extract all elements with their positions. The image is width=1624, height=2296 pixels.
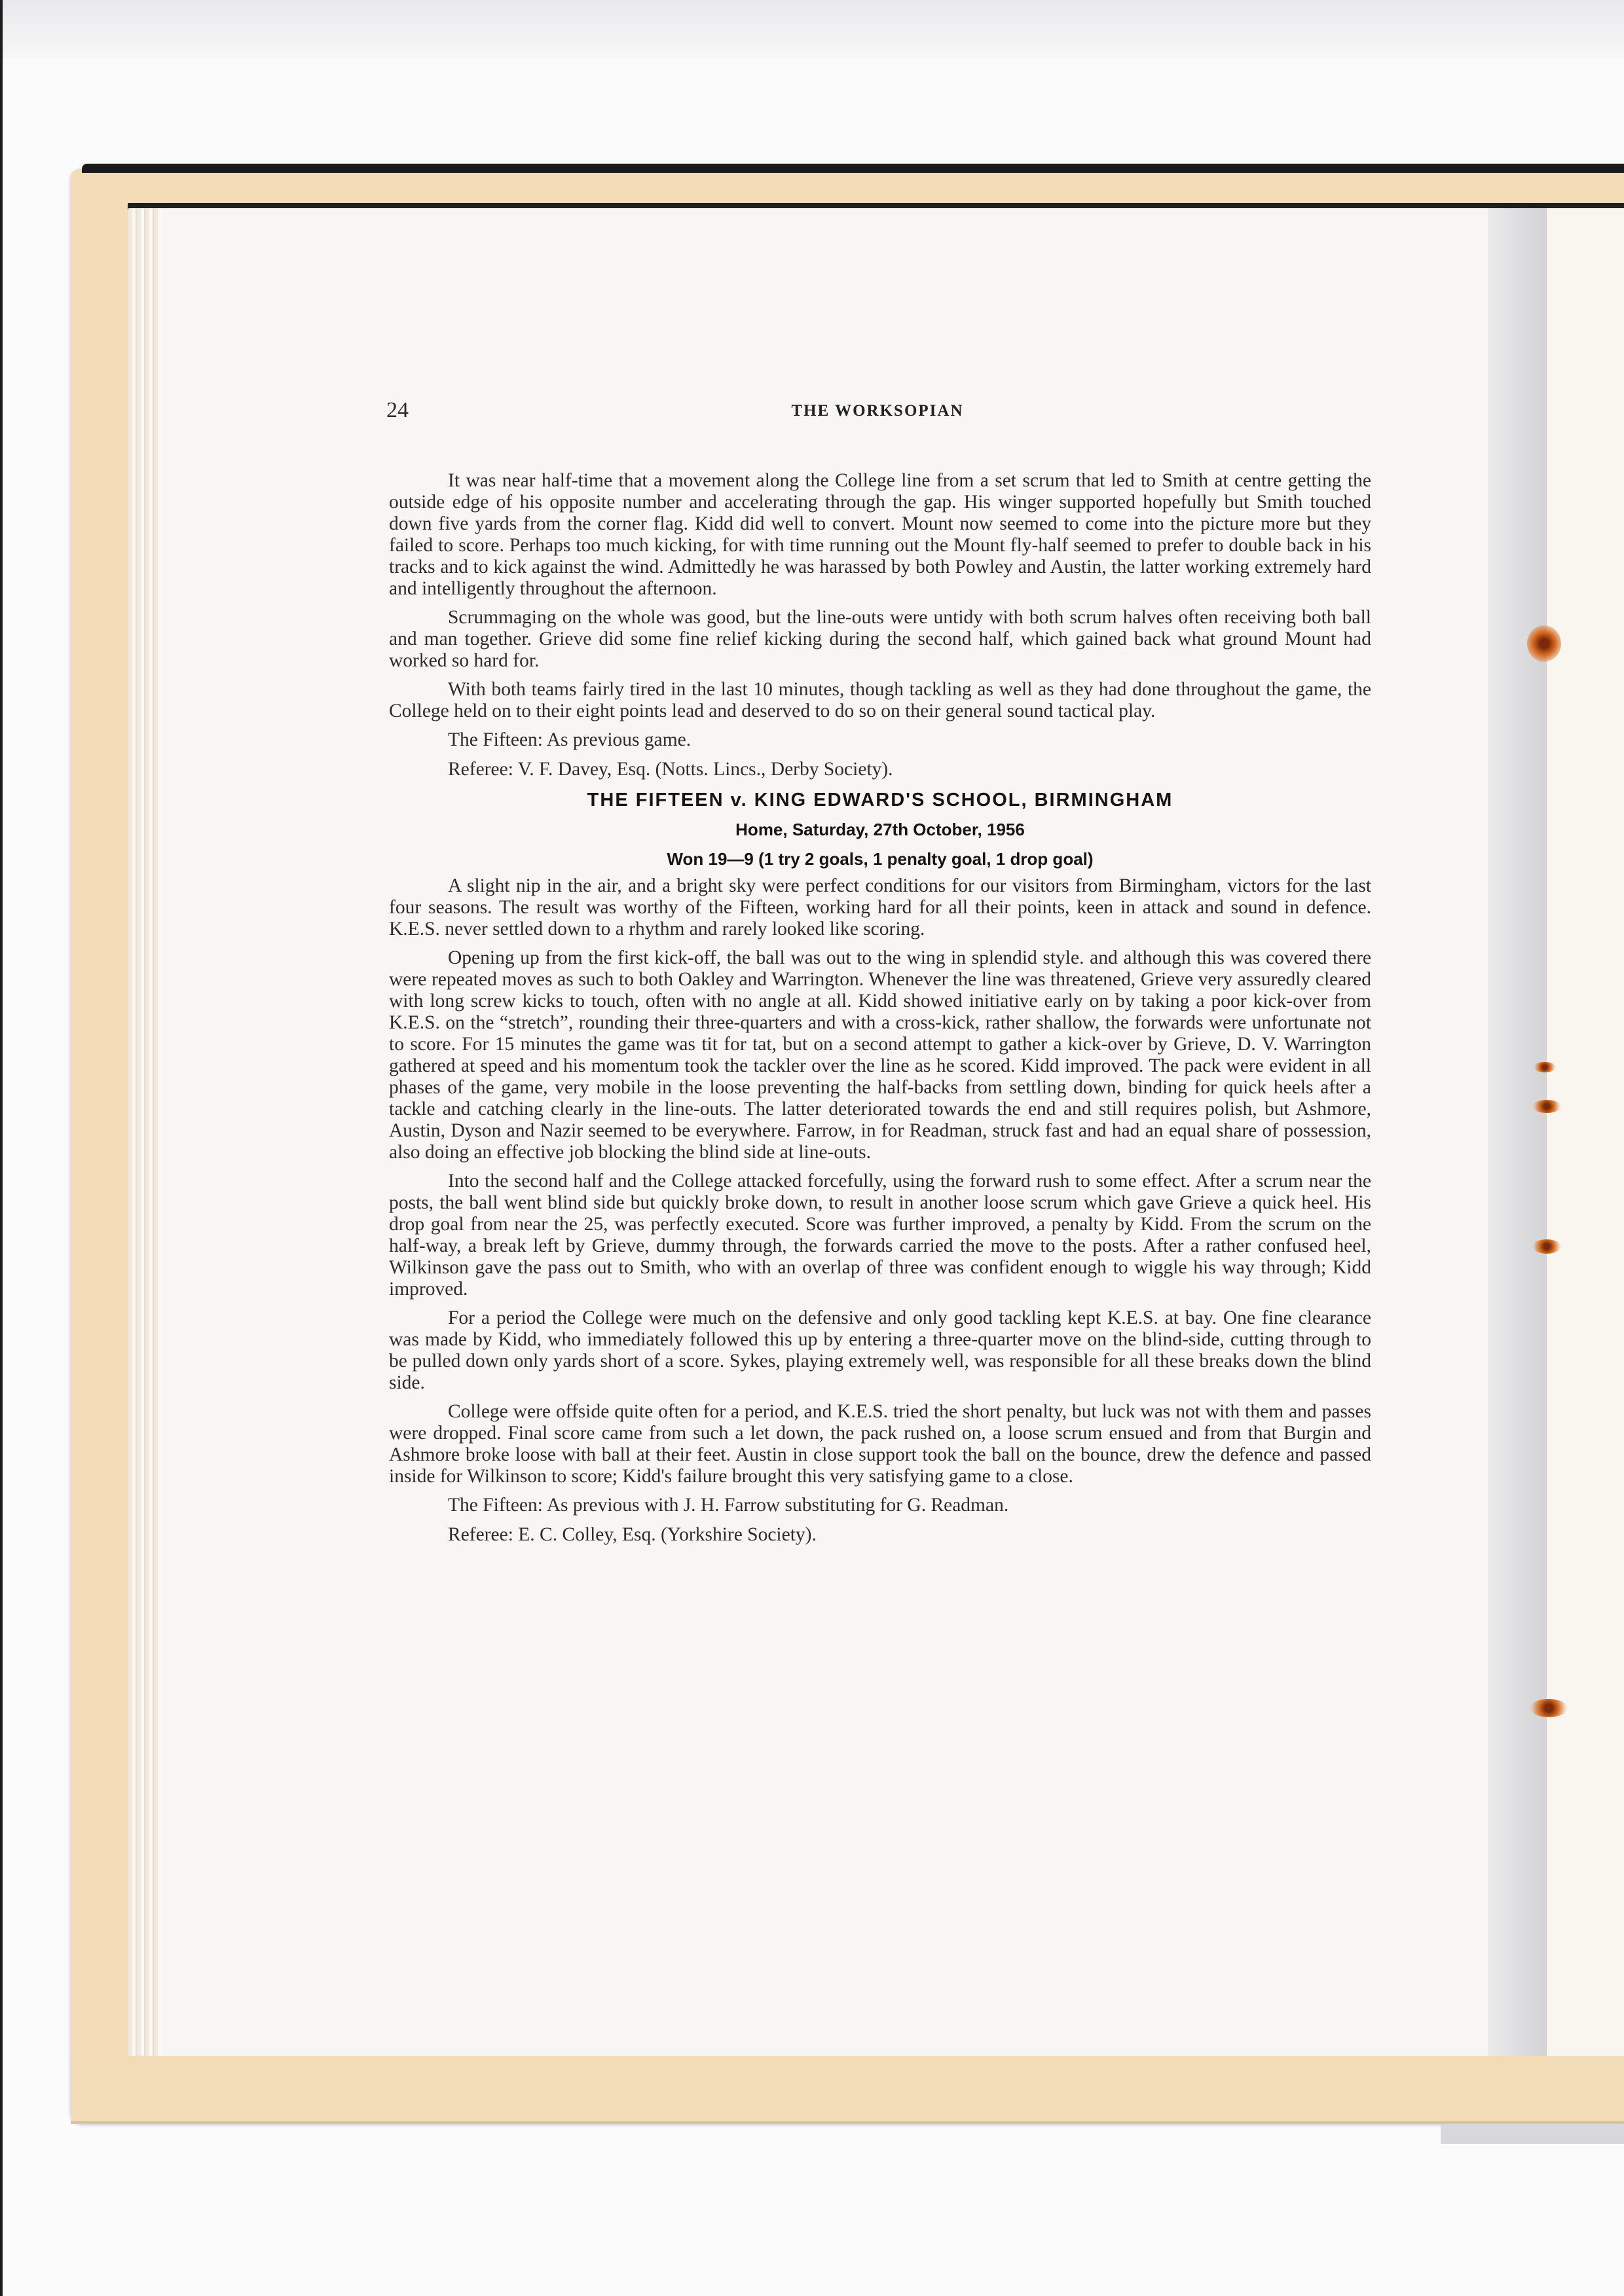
paragraph: Scrummaging on the whole was good, but t… bbox=[389, 607, 1371, 672]
scanner-background bbox=[0, 0, 1624, 59]
right-page bbox=[1547, 208, 1624, 2056]
paragraph: Into the second half and the College att… bbox=[389, 1171, 1371, 1300]
paragraph: It was near half-time that a movement al… bbox=[389, 470, 1371, 600]
rust-stain bbox=[1534, 1062, 1556, 1072]
paragraph: Opening up from the first kick-off, the … bbox=[389, 947, 1371, 1163]
scanner-shadow bbox=[1441, 2124, 1624, 2144]
rust-stain bbox=[1530, 1699, 1568, 1717]
referee-line: Referee: E. C. Colley, Esq. (Yorkshire S… bbox=[389, 1524, 1371, 1546]
referee-line: Referee: V. F. Davey, Esq. (Notts. Lincs… bbox=[389, 759, 1371, 780]
cover-edge-bottom bbox=[71, 2056, 1624, 2124]
scanner-edge bbox=[0, 0, 3, 2296]
match-date: Home, Saturday, 27th October, 1956 bbox=[389, 819, 1371, 841]
book-gutter bbox=[1488, 208, 1547, 2056]
paragraph: For a period the College were much on th… bbox=[389, 1307, 1371, 1394]
paragraph: College were offside quite often for a p… bbox=[389, 1401, 1371, 1487]
rust-stain bbox=[1527, 625, 1561, 662]
match-title: THE FIFTEEN v. KING EDWARD'S SCHOOL, BIR… bbox=[389, 790, 1371, 811]
page-stack-edges bbox=[128, 208, 161, 2056]
match-result: Won 19—9 (1 try 2 goals, 1 penalty goal,… bbox=[389, 848, 1371, 870]
team-line: The Fifteen: As previous game. bbox=[389, 729, 1371, 751]
journal-title: THE WORKSOPIAN bbox=[386, 402, 1369, 420]
article-body: It was near half-time that a movement al… bbox=[389, 470, 1371, 1554]
paragraph: With both teams fairly tired in the last… bbox=[389, 679, 1371, 722]
rust-stain bbox=[1532, 1100, 1561, 1113]
running-head: 24 THE WORKSOPIAN bbox=[386, 398, 1369, 431]
rust-stain bbox=[1532, 1239, 1561, 1254]
match-heading: THE FIFTEEN v. KING EDWARD'S SCHOOL, BIR… bbox=[389, 790, 1371, 870]
paragraph: A slight nip in the air, and a bright sk… bbox=[389, 875, 1371, 940]
team-line: The Fifteen: As previous with J. H. Farr… bbox=[389, 1495, 1371, 1516]
cover-edge-top bbox=[82, 164, 1624, 173]
